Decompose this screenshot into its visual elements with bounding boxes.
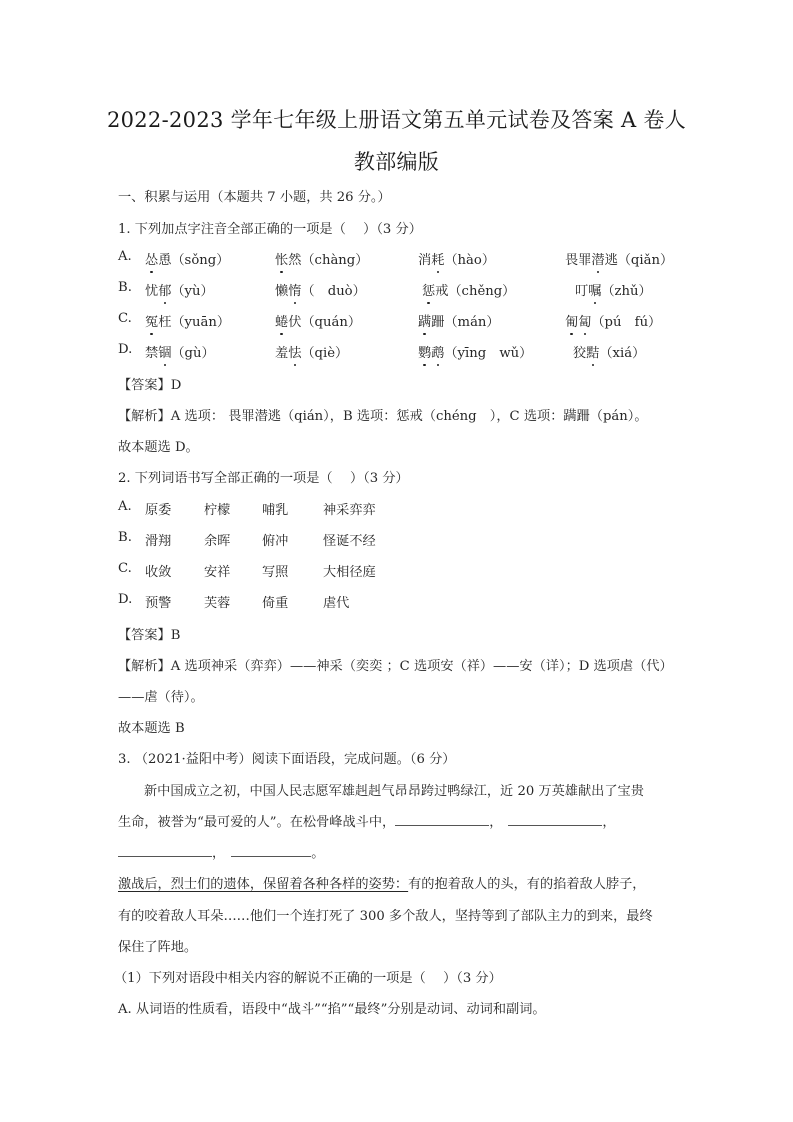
emphasis-dot-char: 冤 [145, 311, 158, 330]
q3-para2-line3: 保住了阵地。 [118, 936, 197, 955]
emphasis-dot-char: 怅 [275, 249, 288, 268]
q2-option-word: 大相径庭 [323, 561, 376, 580]
q2-option-word: 柠檬 [204, 499, 230, 518]
word-part: （xiá） [599, 346, 645, 361]
q1-option-item: 冤枉（yuān） [145, 311, 230, 330]
q2-option-word: 神采弈弈 [323, 499, 376, 518]
q2-option-word: 虐代 [323, 592, 349, 611]
q1-option-letter: A. [118, 249, 132, 264]
q1-conclusion: 故本题选 D。 [118, 436, 199, 455]
q2-option-word: 怪诞不经 [323, 530, 376, 549]
word-part: 畏罪 [565, 253, 591, 268]
word-part: （zhǔ） [601, 284, 651, 299]
q1-option-item: 消耗（hào） [418, 249, 495, 268]
emphasis-dot-char: 耗 [431, 249, 444, 268]
q2-option-word: 余晖 [204, 530, 230, 549]
emphasis-dot-char: 郁 [158, 280, 171, 299]
q2-stem: 2. 下列词语书写全部正确的一项是（ ）（3 分） [118, 467, 409, 486]
q1-option-item: 怂恿（sǒng） [145, 249, 229, 268]
underlined-sentence: 激战后，烈士们的遗体，保留着各种各样的姿势： [118, 877, 408, 892]
q2-conclusion: 故本题选 B [118, 717, 185, 736]
dotted-char: 怯 [288, 346, 301, 361]
word-part: 消 [418, 253, 431, 268]
q1-option-item: 懒惰（ duò） [275, 280, 366, 299]
q1-option-letter: B. [118, 280, 132, 295]
q1-option-item: 鹦鹉（yīng wǔ） [418, 342, 532, 361]
q1-stem: 1. 下列加点字注音全部正确的一项是（ ）（3 分） [118, 218, 422, 237]
emphasis-dot-char: 蹒 [418, 311, 431, 330]
q3-para1-line2: 生命，被誉为“最可爱的人”。在松骨峰战斗中，，， [118, 811, 616, 830]
q3-para2-line1: 激战后，烈士们的遗体，保留着各种各样的姿势：有的抱着敌人的头，有的掐着敌人脖子， [118, 873, 646, 892]
word-part: （yù） [171, 284, 213, 299]
word-part: 然（chàng） [288, 253, 368, 268]
q1-option-item: 畏罪潜逃（qiǎn） [565, 249, 673, 268]
q3-para2-line2: 有的咬着敌人耳朵……他们一个连打死了 300 多个敌人，坚持等到了部队主力的到来… [118, 905, 653, 924]
dotted-char: 黠 [586, 346, 599, 361]
word-part: （yīng wǔ） [444, 346, 532, 361]
emphasis-dot-char: 匐 [578, 311, 591, 330]
comma: ， [489, 815, 502, 830]
word-part: 逃（qiǎn） [605, 253, 674, 268]
dotted-char: 怅 [275, 253, 288, 268]
emphasis-dot-char: 怂 [145, 249, 158, 268]
emphasis-dot-char: 锢 [158, 342, 171, 361]
q2-option-word: 原委 [145, 499, 171, 518]
emphasis-dot-char: 惰 [288, 280, 301, 299]
q1-option-item: 狡黠（xiá） [573, 342, 645, 361]
q2-answer: 【答案】B [118, 624, 180, 643]
q2-option-word: 写照 [262, 561, 288, 580]
word-part: （pú fú） [591, 315, 661, 330]
q2-option-letter: B. [118, 530, 132, 545]
q2-analysis-line1: 【解析】A 选项神采（弈弈）——神采（奕奕 ；C 选项安（祥）——安（详）；D … [118, 655, 673, 674]
answer-blank-2[interactable] [508, 813, 602, 826]
q3-stem: 3. （2021·益阳中考）阅读下面语段，完成问题。（6 分） [118, 748, 455, 767]
emphasis-dot-char: 鹦 [418, 342, 431, 361]
word-part: 懒 [275, 284, 288, 299]
q2-analysis-line2: ——虐（待）。 [118, 686, 204, 705]
answer-blank-4[interactable] [231, 844, 311, 857]
emphasis-dot-char: 匍 [565, 311, 578, 330]
q2-option-letter: A. [118, 499, 132, 514]
q1-option-item: 蹒跚（mán） [418, 311, 500, 330]
q1-option-item: 忧郁（yù） [145, 280, 214, 299]
q2-option-word: 安祥 [204, 561, 230, 580]
document-title-line2: 教部编版 [0, 146, 793, 176]
q1-answer: 【答案】D [118, 374, 181, 393]
q1-option-item: 禁锢（gù） [145, 342, 215, 361]
q3-para1-line1: 新中国成立之初，中国人民志愿军雄赳赳气昂昂跨过鸭绿江，近 20 万英雄献出了宝贵 [144, 780, 644, 799]
emphasis-dot-char: 惩 [422, 280, 435, 299]
q2-option-word: 预警 [145, 592, 171, 611]
dotted-char: 锢 [158, 346, 171, 361]
word-part: 伏（quán） [288, 315, 361, 330]
q1-option-item: 惩戒（chěng） [422, 280, 515, 299]
q1-option-item: 羞怯（qiè） [275, 342, 348, 361]
q1-option-item: 怅然（chàng） [275, 249, 368, 268]
word-part: 羞 [275, 346, 288, 361]
emphasis-dot-char: 嘱 [588, 280, 601, 299]
word-part: （gù） [171, 346, 214, 361]
dotted-char: 潜 [591, 253, 604, 268]
q1-option-letter: C. [118, 311, 132, 326]
dotted-char: 蜷 [275, 315, 288, 330]
q2-option-letter: D. [118, 592, 132, 607]
emphasis-dot-char: 怯 [288, 342, 301, 361]
q3-sub1-option-a: A. 从词语的性质看，语段中“战斗”“掐”“最终”分别是动词、动词和副词。 [118, 998, 546, 1017]
q3-para2-rest: 有的抱着敌人的头，有的掐着敌人脖子， [408, 877, 645, 892]
q3-para1-line3: ，。 [118, 842, 324, 861]
q3-para1-text: 生命，被誉为“最可爱的人”。在松骨峰战斗中， [118, 815, 395, 830]
q3-sub1-stem: （1）下列对语段中相关内容的解说不正确的一项是（ ）（3 分） [114, 967, 502, 986]
answer-blank-3[interactable] [118, 844, 212, 857]
period: 。 [311, 846, 324, 861]
dotted-char: 蹒 [418, 315, 431, 330]
emphasis-dot-char: 鹉 [431, 342, 444, 361]
word-part: （hào） [444, 253, 495, 268]
comma: ， [602, 815, 615, 830]
q2-option-word: 俯冲 [262, 530, 288, 549]
dotted-char: 郁 [158, 284, 171, 299]
q1-option-item: 叮嘱（zhǔ） [575, 280, 652, 299]
dotted-char: 匍匐 [565, 315, 591, 330]
emphasis-dot-char: 黠 [586, 342, 599, 361]
answer-blank-1[interactable] [395, 813, 489, 826]
emphasis-dot-char: 潜 [591, 249, 604, 268]
q1-option-letter: D. [118, 342, 132, 357]
emphasis-dot-char: 蜷 [275, 311, 288, 330]
document-title-line1: 2022-2023 学年七年级上册语文第五单元试卷及答案 A 卷人 [0, 104, 793, 134]
word-part: 禁 [145, 346, 158, 361]
word-part: 叮 [575, 284, 588, 299]
dotted-char: 嘱 [588, 284, 601, 299]
word-part: 戒（chěng） [435, 284, 515, 299]
q1-option-item: 匍匐（pú fú） [565, 311, 661, 330]
dotted-char: 耗 [431, 253, 444, 268]
dotted-char: 鹦鹉 [418, 346, 444, 361]
word-part: 枉（yuān） [158, 315, 230, 330]
word-part: 跚（mán） [431, 315, 499, 330]
q2-option-word: 芙蓉 [204, 592, 230, 611]
comma: ， [212, 846, 225, 861]
q2-option-word: 哺乳 [262, 499, 288, 518]
word-part: （qiè） [301, 346, 348, 361]
dotted-char: 惩 [422, 284, 435, 299]
dotted-char: 怂 [145, 253, 158, 268]
word-part: （ duò） [301, 284, 365, 299]
q2-option-letter: C. [118, 561, 132, 576]
q2-option-word: 倚重 [262, 592, 288, 611]
q1-option-item: 蜷伏（quán） [275, 311, 361, 330]
dotted-char: 惰 [288, 284, 301, 299]
dotted-char: 冤 [145, 315, 158, 330]
word-part: 忧 [145, 284, 158, 299]
q2-option-word: 收敛 [145, 561, 171, 580]
section-heading: 一、积累与运用（本题共 7 小题，共 26 分。） [118, 186, 391, 205]
word-part: 恿（sǒng） [158, 253, 229, 268]
q2-option-word: 滑翔 [145, 530, 171, 549]
document-page: 2022-2023 学年七年级上册语文第五单元试卷及答案 A 卷人 教部编版 一… [0, 0, 793, 1122]
q1-analysis: 【解析】A 选项： 畏罪潜逃（qián），B 选项：惩戒（chéng ），C 选… [118, 405, 648, 424]
word-part: 狡 [573, 346, 586, 361]
